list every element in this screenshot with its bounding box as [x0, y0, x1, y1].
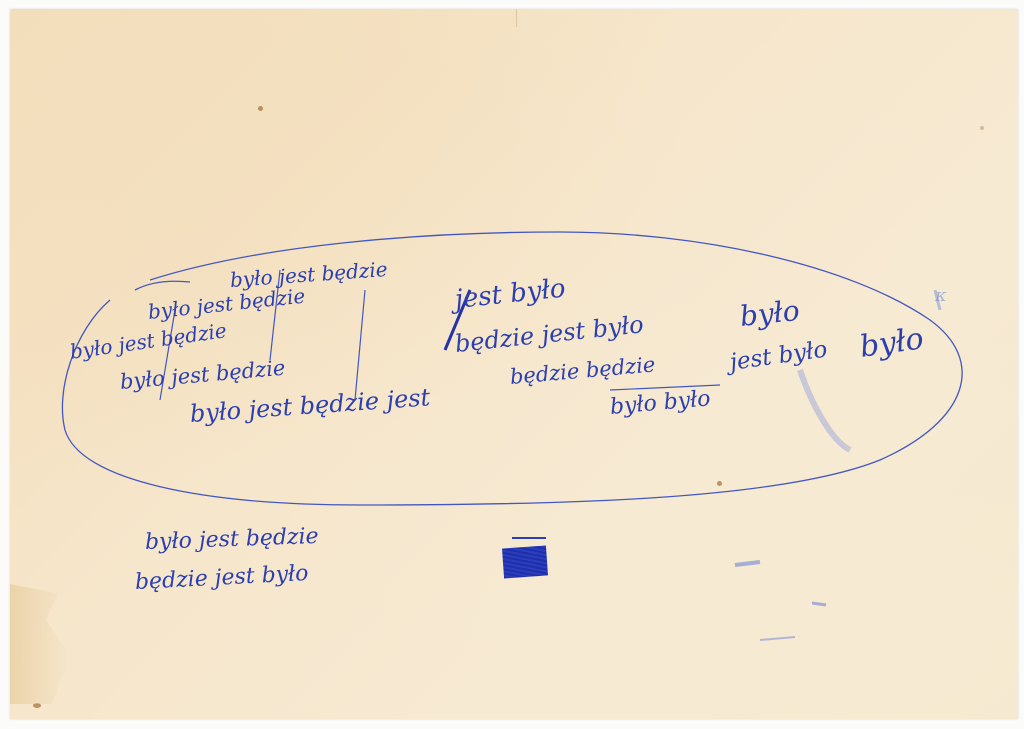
paper-fold-mark	[516, 9, 517, 27]
ink-stain	[717, 481, 722, 486]
ink-stain	[258, 106, 263, 111]
torn-corner	[10, 584, 70, 704]
handwritten-line: było	[738, 294, 801, 333]
faint-mark: κ	[935, 285, 947, 306]
ink-stain	[980, 126, 984, 130]
filled-ink-square	[502, 546, 548, 579]
ink-dash	[512, 537, 546, 539]
